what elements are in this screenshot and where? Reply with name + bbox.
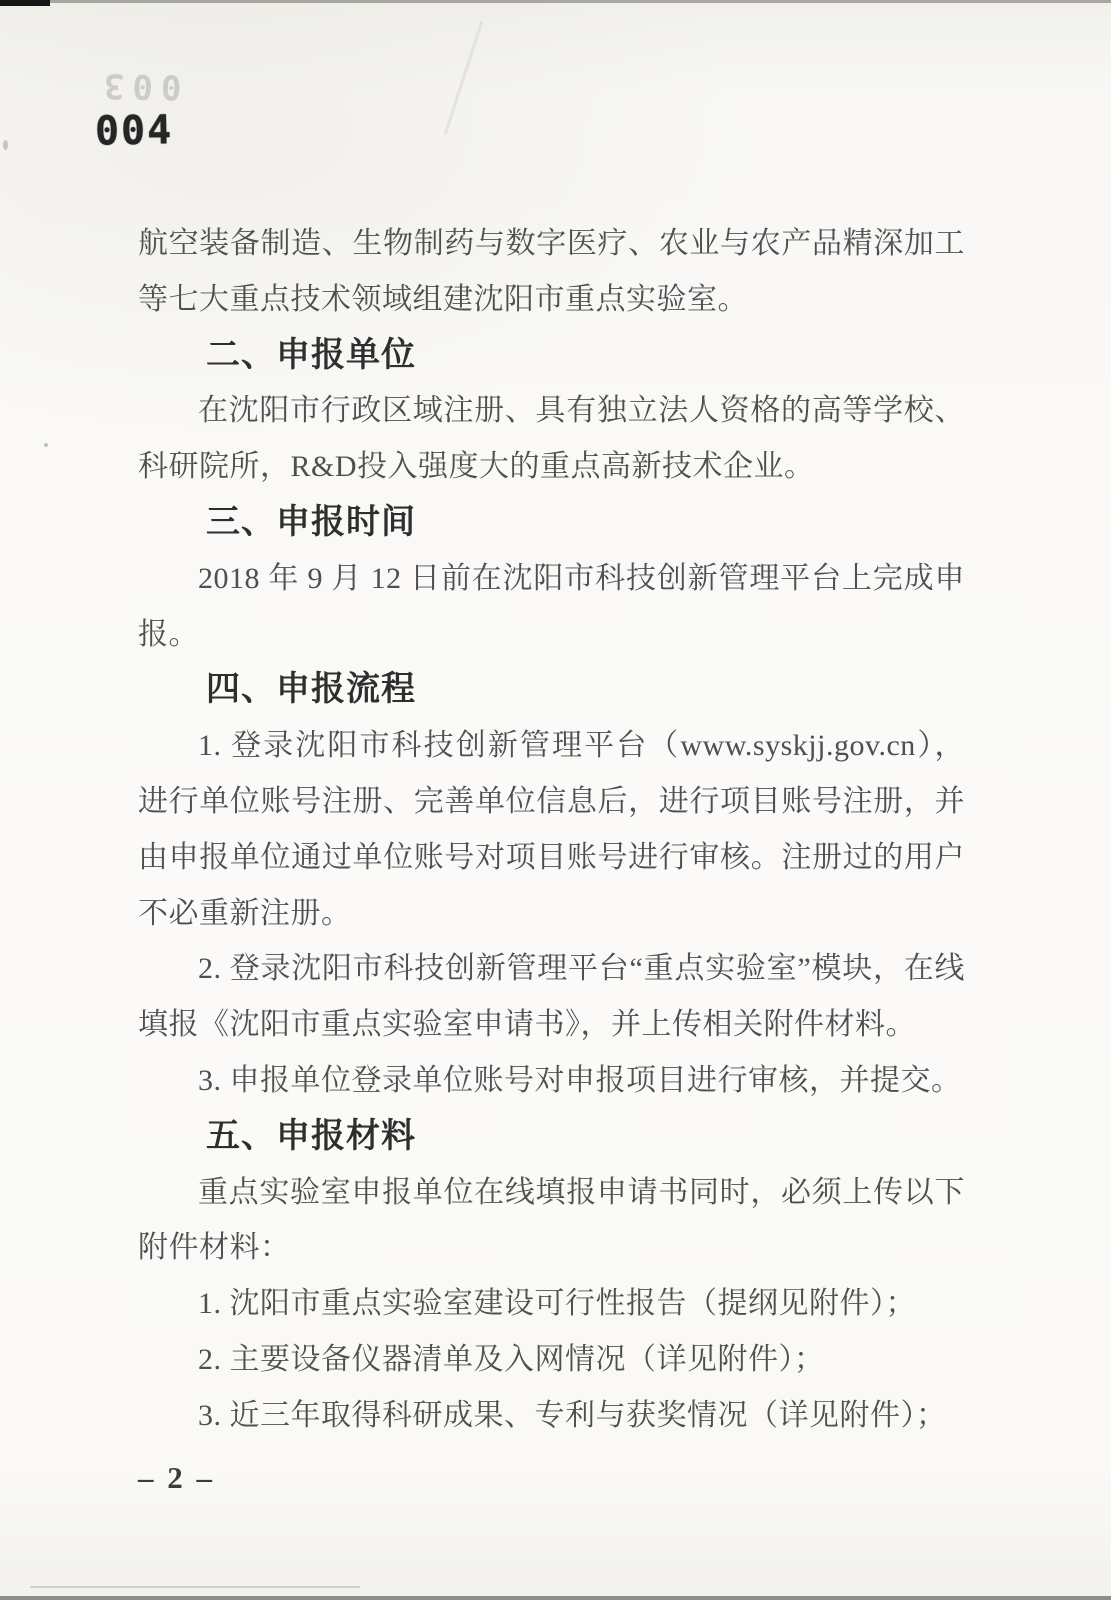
- scanned-document-page: 003 004 航空装备制造、生物制药与数字医疗、农业与农产品精深加工等七大重点…: [0, 0, 1111, 1600]
- section-heading-2-applicant-units: 二、申报单位: [138, 328, 965, 384]
- paper-crease: [444, 20, 484, 135]
- scan-speck: [44, 443, 48, 447]
- scan-corner-mark: [0, 0, 50, 6]
- paragraph-material-item-2: 2. 主要设备仪器清单及入网情况（详见附件）；: [138, 1332, 965, 1388]
- page-number-stamp: 004: [95, 107, 174, 154]
- paragraph-scope-continuation: 航空装备制造、生物制药与数字医疗、农业与农产品精深加工等七大重点技术领域组建沈阳…: [138, 216, 965, 328]
- scan-speck: [3, 140, 8, 150]
- paragraph-material-item-1: 1. 沈阳市重点实验室建设可行性报告（提纲见附件）；: [138, 1276, 965, 1332]
- paragraph-application-time: 2018 年 9 月 12 日前在沈阳市科技创新管理平台上完成申报。: [138, 551, 965, 663]
- paragraph-process-step-3: 3. 申报单位登录单位账号对申报项目进行审核，并提交。: [138, 1053, 965, 1109]
- paragraph-materials-intro: 重点实验室申报单位在线填报申请书同时，必须上传以下附件材料：: [138, 1165, 965, 1277]
- paragraph-process-step-2: 2. 登录沈阳市科技创新管理平台“重点实验室”模块，在线填报《沈阳市重点实验室申…: [138, 941, 965, 1053]
- section-heading-5-application-materials: 五、申报材料: [138, 1109, 965, 1165]
- paragraph-process-step-1: 1. 登录沈阳市科技创新管理平台（www.syskjj.gov.cn），进行单位…: [138, 718, 965, 941]
- paragraph-material-item-3: 3. 近三年取得科研成果、专利与获奖情况（详见附件）；: [138, 1388, 965, 1444]
- bleed-through-number-stamp: 003: [96, 65, 182, 106]
- document-body: 航空装备制造、生物制药与数字医疗、农业与农产品精深加工等七大重点技术领域组建沈阳…: [138, 216, 965, 1444]
- scan-top-edge-line: [0, 0, 1111, 3]
- page-number-footer: – 2 –: [138, 1460, 215, 1496]
- paragraph-applicant-units: 在沈阳市行政区域注册、具有独立法人资格的高等学校、科研院所，R&D投入强度大的重…: [138, 383, 965, 495]
- section-heading-4-application-process: 四、申报流程: [138, 662, 965, 718]
- scan-bottom-edge-line: [0, 1596, 1111, 1600]
- section-heading-3-application-time: 三、申报时间: [138, 495, 965, 551]
- scan-bottom-faint-line: [30, 1586, 360, 1588]
